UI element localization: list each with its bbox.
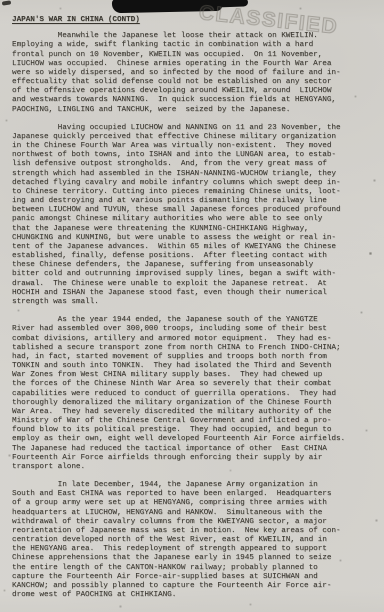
text-line: ing and destroying and at various points…: [12, 197, 378, 206]
text-line: detached flying cavalry and mobile infan…: [12, 179, 378, 188]
text-line: River had assembled over 300,000 troops,…: [12, 325, 378, 334]
text-line: transport alone.: [12, 463, 378, 472]
document-body: Meanwhile the Japanese let loose their a…: [12, 32, 378, 600]
text-line: TONKIN and south into TONKIN. They had i…: [12, 362, 378, 371]
paragraph: As the year 1944 ended, the Japanese sou…: [12, 316, 378, 472]
text-line: headquarters at LIUCHOW, HENGYANG and HA…: [12, 509, 378, 518]
corner-ink-speck: [2, 0, 11, 5]
text-line: tent of the Japanese advances. Within 65…: [12, 243, 378, 252]
text-line: CHUNGKING and KUNMING, but were unable t…: [12, 234, 378, 243]
text-line: The Japanese had reduced the tactical im…: [12, 445, 378, 454]
text-line: that the Japanese were threatening the K…: [12, 225, 378, 234]
paragraph: In late December, 1944, the Japanese Arm…: [12, 481, 378, 600]
text-line: were so widely dispersed, and so infecte…: [12, 69, 378, 78]
document-page: CLASSIFIED JAPAN'S WAR IN CHINA (CONTD) …: [0, 0, 384, 612]
text-line: capture the Fourteenth Air Force-air-sup…: [12, 573, 378, 582]
text-line: and westwards towards NANNING. In quick …: [12, 96, 378, 105]
text-line: In late December, 1944, the Japanese Arm…: [12, 481, 378, 490]
text-line: northwest of both towns, into ISHAN and …: [12, 151, 378, 160]
paragraph: Having occupied LIUCHOW and NANNING on 1…: [12, 124, 378, 307]
text-line: withdrawal of their cavalry columns from…: [12, 518, 378, 527]
text-line: these Chinese defenders, the Japanese, s…: [12, 261, 378, 270]
text-line: Having occupied LIUCHOW and NANNING on 1…: [12, 124, 378, 133]
text-line: South and East CHINA was reported to hav…: [12, 490, 378, 499]
text-line: HOCHIH and ISHAN the Japanese stood fast…: [12, 289, 378, 298]
text-line: the entire length of the CANTON-HANKOW r…: [12, 564, 378, 573]
text-line: drome west of PAOCHING at CHIHKIANG.: [12, 591, 378, 600]
text-line: frontal punch on 10 November, KWEILIN wa…: [12, 51, 378, 60]
text-line: strength which had assembled in the ISHA…: [12, 170, 378, 179]
text-line: lish defensive outpost strongholds. And,…: [12, 160, 378, 169]
text-line: of the offensive operations developing a…: [12, 87, 378, 96]
text-line: Meanwhile the Japanese let loose their a…: [12, 32, 378, 41]
document-title: JAPAN'S WAR IN CHINA (CONTD): [12, 16, 378, 25]
text-line: Japanese quickly perceived that effectiv…: [12, 133, 378, 142]
text-line: drawal. The Chinese were unable to explo…: [12, 280, 378, 289]
text-line: combat divisions, artillery and armored …: [12, 335, 378, 344]
paragraph: Meanwhile the Japanese let loose their a…: [12, 32, 378, 115]
text-line: Employing a wide, swift flanking tactic …: [12, 41, 378, 50]
text-line: thoroughly demoralized the military orga…: [12, 399, 378, 408]
text-line: reorientation of Japanese mass was set i…: [12, 527, 378, 536]
text-line: to Chinese territory. Cutting into piece…: [12, 188, 378, 197]
text-line: strength was small.: [12, 298, 378, 307]
text-line: War Area. They had severely discredited …: [12, 408, 378, 417]
text-line: Chinese apprehensions that the Japanese …: [12, 554, 378, 563]
text-line: KANCHOW; and possibly planned to capture…: [12, 582, 378, 591]
text-line: As the year 1944 ended, the Japanese sou…: [12, 316, 378, 325]
text-line: the HENGYANG area. This redeployment of …: [12, 545, 378, 554]
text-line: had, in fact, started movement of suppli…: [12, 353, 378, 362]
scan-noise-speckles: [0, 0, 1, 1]
text-line: PAOCHING, LINGLING and TANCHUK, were sei…: [12, 106, 378, 115]
text-line: found blow to its political prestige. Th…: [12, 426, 378, 435]
text-line: established, finally, defense positions.…: [12, 252, 378, 261]
text-line: the forces of the Chinese Ninth War Area…: [12, 380, 378, 389]
text-line: bitter cold and outrunning improvised su…: [12, 270, 378, 279]
text-line: of a group army were set up at HENGYANG,…: [12, 499, 378, 508]
document-content: JAPAN'S WAR IN CHINA (CONTD) Meanwhile t…: [12, 16, 378, 600]
text-line: effectuality that solid defense could no…: [12, 78, 378, 87]
text-line: panic amongst Chinese military authoriti…: [12, 215, 378, 224]
text-line: Fourteenth Air Force airfields through e…: [12, 454, 378, 463]
text-line: tablished a secure transport zone from n…: [12, 344, 378, 353]
text-line: Ministry of War of the Chinese Central G…: [12, 417, 378, 426]
text-line: employ as their own, eight well develope…: [12, 435, 378, 444]
text-line: in the Chinese Fourth War Area was virtu…: [12, 142, 378, 151]
text-line: centration developed north of the West R…: [12, 536, 378, 545]
text-line: capabilities were reduced to conduct of …: [12, 390, 378, 399]
text-line: LIUCHOW was occupied. Chinese armies ope…: [12, 60, 378, 69]
text-line: War Zones from West CHINA military suppl…: [12, 371, 378, 380]
text-line: between LIUCHOW and TUYUN, these small J…: [12, 206, 378, 215]
